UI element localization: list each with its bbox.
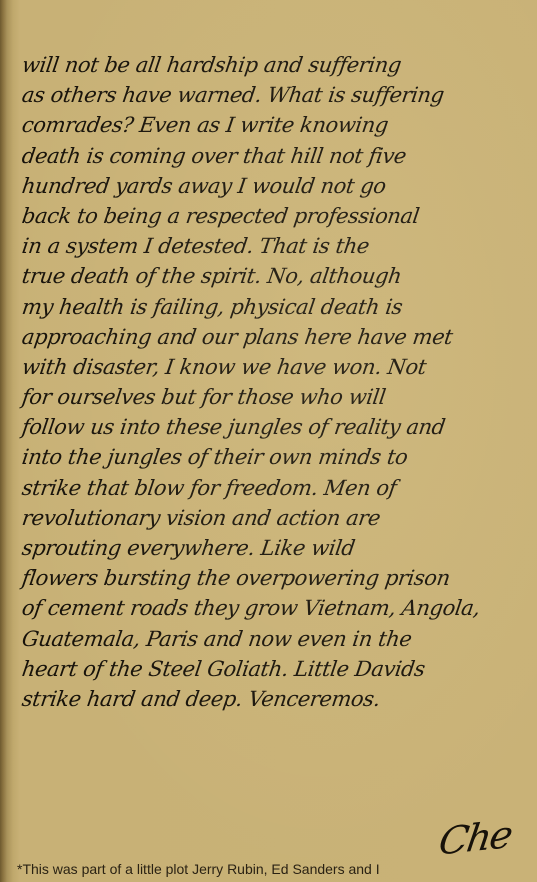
letter-line: heart of the Steel Goliath. Little David… — [20, 654, 537, 684]
letter-line: back to being a respected professional — [20, 201, 537, 231]
letter-line: Guatemala, Paris and now even in the — [20, 624, 537, 654]
footnote: *This was part of a little plot Jerry Ru… — [17, 861, 380, 877]
letter-line: follow us into these jungles of reality … — [20, 412, 537, 442]
book-page: will not be all hardship and suffering a… — [0, 0, 537, 882]
signature: Che — [436, 812, 514, 863]
letter-line: of cement roads they grow Vietnam, Angol… — [20, 593, 537, 623]
letter-line: strike that blow for freedom. Men of — [20, 473, 537, 503]
letter-line: into the jungles of their own minds to — [20, 442, 537, 472]
letter-line: will not be all hardship and suffering — [20, 50, 537, 80]
letter-line: my health is failing, physical death is — [20, 292, 537, 322]
letter-line: strike hard and deep. Venceremos. — [20, 684, 537, 714]
letter-line: true death of the spirit. No, although — [20, 261, 537, 291]
letter-line: as others have warned. What is suffering — [20, 80, 537, 110]
handwritten-letter: will not be all hardship and suffering a… — [20, 50, 535, 714]
letter-line: in a system I detested. That is the — [20, 231, 537, 261]
letter-line: hundred yards away I would not go — [20, 171, 537, 201]
letter-line: sprouting everywhere. Like wild — [20, 533, 537, 563]
letter-line: for ourselves but for those who will — [20, 382, 537, 412]
letter-line: death is coming over that hill not five — [20, 141, 537, 171]
letter-line: comrades? Even as I write knowing — [20, 110, 537, 140]
letter-line: flowers bursting the overpowering prison — [20, 563, 537, 593]
letter-line: with disaster, I know we have won. Not — [20, 352, 537, 382]
letter-line: revolutionary vision and action are — [20, 503, 537, 533]
letter-line: approaching and our plans here have met — [20, 322, 537, 352]
